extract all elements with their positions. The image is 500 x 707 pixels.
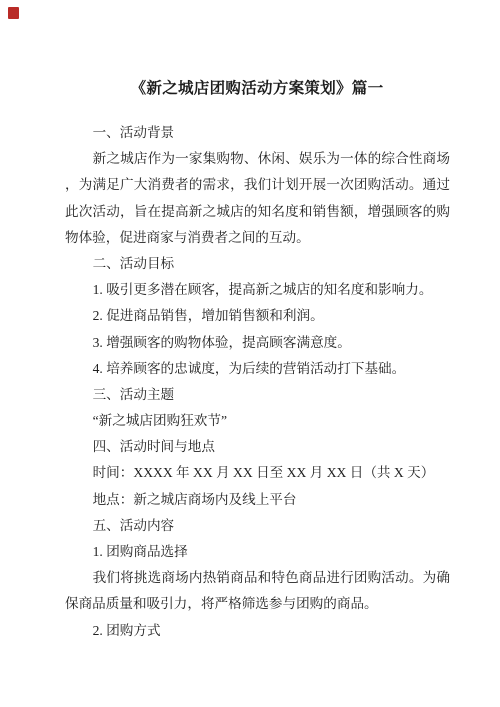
text-line: 三、活动主题: [65, 382, 450, 408]
text-line: 2. 促进商品销售，增加销售额和利润。: [65, 303, 450, 329]
text-line: 2. 团购方式: [65, 618, 450, 644]
text-line: 1. 吸引更多潜在顾客，提高新之城店的知名度和影响力。: [65, 277, 450, 303]
text-line: 五、活动内容: [65, 513, 450, 539]
text-line: 地点：新之城店商场内及线上平台: [65, 487, 450, 513]
text-line: 我们将挑选商场内热销商品和特色商品进行团购活动。为确: [65, 565, 450, 591]
text-line: 物体验，促进商家与消费者之间的互动。: [65, 225, 450, 251]
text-line: 4. 培养顾客的忠诚度，为后续的营销活动打下基础。: [65, 356, 450, 382]
text-line: 一、活动背景: [65, 120, 450, 146]
text-line: ，为满足广大消费者的需求，我们计划开展一次团购活动。通过: [65, 172, 450, 198]
text-line: 二、活动目标: [65, 251, 450, 277]
text-line: 四、活动时间与地点: [65, 434, 450, 460]
text-line: “新之城店团购狂欢节”: [65, 408, 450, 434]
text-line: 新之城店作为一家集购物、休闲、娱乐为一体的综合性商场: [65, 146, 450, 172]
red-corner-mark-icon: [8, 7, 19, 19]
text-line: 3. 增强顾客的购物体验，提高顾客满意度。: [65, 330, 450, 356]
text-line: 1. 团购商品选择: [65, 539, 450, 565]
document-page: 《新之城店团购活动方案策划》篇一 一、活动背景 新之城店作为一家集购物、休闲、娱…: [0, 0, 500, 707]
text-line: 时间：XXXX 年 XX 月 XX 日至 XX 月 XX 日（共 X 天）: [65, 460, 450, 486]
document-title: 《新之城店团购活动方案策划》篇一: [0, 78, 500, 100]
document-body: 一、活动背景 新之城店作为一家集购物、休闲、娱乐为一体的综合性商场 ，为满足广大…: [65, 120, 450, 644]
text-line: 此次活动，旨在提高新之城店的知名度和销售额，增强顾客的购: [65, 199, 450, 225]
text-line: 保商品质量和吸引力，将严格筛选参与团购的商品。: [65, 591, 450, 617]
